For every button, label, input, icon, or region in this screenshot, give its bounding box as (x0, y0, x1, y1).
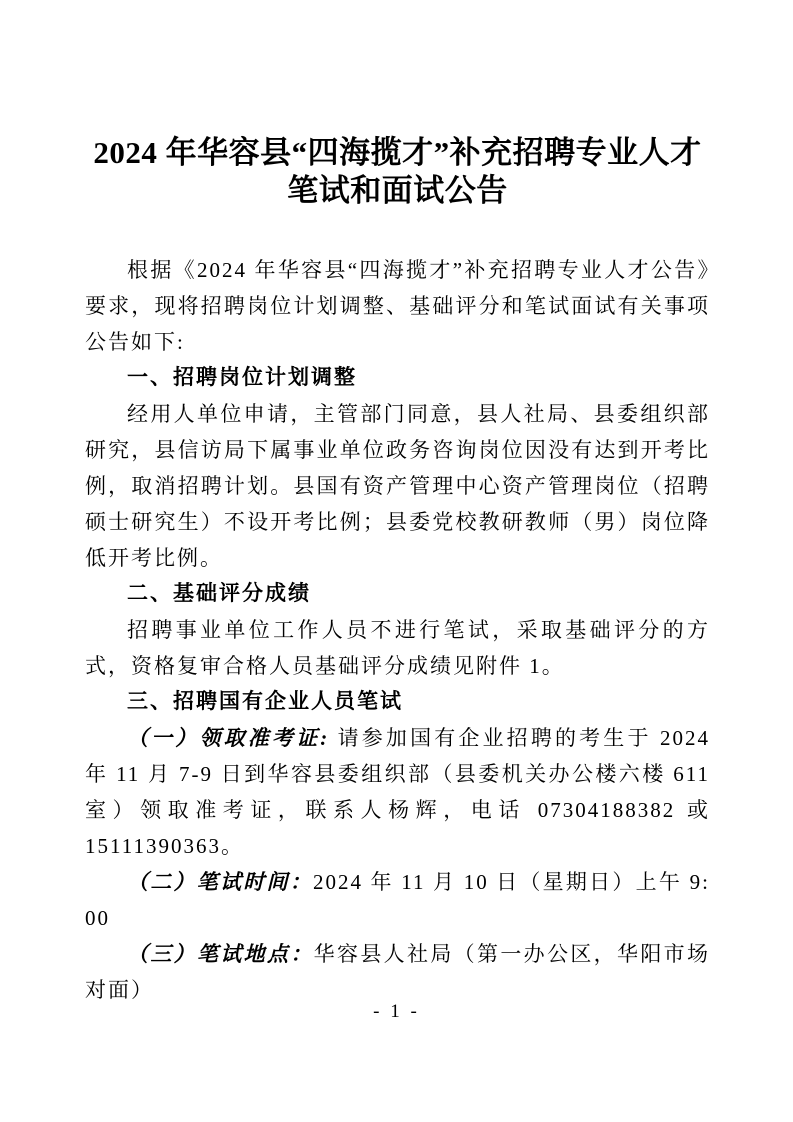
section-1-paragraph: 经用人单位申请，主管部门同意，县人社局、县委组织部研究，县信访局下属事业单位政务… (85, 396, 710, 576)
section-2-heading: 二、基础评分成绩 (85, 576, 710, 612)
item-1-label: （一）领取准考证: (127, 726, 329, 750)
section-2-paragraph: 招聘事业单位工作人员不进行笔试，采取基础评分的方式，资格复审合格人员基础评分成绩… (85, 612, 710, 684)
section-1-heading: 一、招聘岗位计划调整 (85, 360, 710, 396)
document-title-line-2: 笔试和面试公告 (85, 172, 710, 210)
page-number: - 1 - (0, 998, 793, 1026)
document-page: 2024 年华容县“四海揽才”补充招聘专业人才 笔试和面试公告 根据《2024 … (0, 0, 793, 1122)
document-title: 2024 年华容县“四海揽才”补充招聘专业人才 笔试和面试公告 (85, 134, 710, 210)
item-2-label: （二）笔试时间： (127, 870, 313, 894)
section-3-item-1: （一）领取准考证: 请参加国有企业招聘的考生于 2024 年 11 月 7-9 … (85, 720, 710, 864)
item-3-label: （三）笔试地点： (127, 942, 314, 966)
section-3-heading: 三、招聘国有企业人员笔试 (85, 684, 710, 720)
document-title-line-1: 2024 年华容县“四海揽才”补充招聘专业人才 (85, 134, 710, 172)
section-3-item-2: （二）笔试时间：2024 年 11 月 10 日（星期日）上午 9: 00 (85, 864, 710, 936)
document-content: 2024 年华容县“四海揽才”补充招聘专业人才 笔试和面试公告 根据《2024 … (85, 134, 710, 1008)
intro-paragraph: 根据《2024 年华容县“四海揽才”补充招聘专业人才公告》要求，现将招聘岗位计划… (85, 252, 710, 360)
